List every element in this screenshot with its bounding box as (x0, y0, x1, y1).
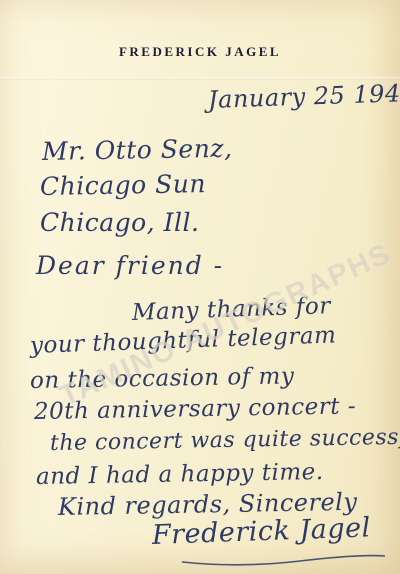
salutation-line: Dear friend - (36, 251, 224, 280)
body-line-4: 20th anniversary concert - (34, 393, 357, 425)
fold-crease (0, 77, 400, 80)
recipient-line-org: Chicago Sun (40, 169, 206, 201)
recipient-line-city: Chicago, Ill. (40, 208, 199, 237)
signature-flourish-icon (180, 548, 390, 570)
body-line-6: and I had a happy time. (36, 459, 324, 490)
date-line: January 25 1948. (208, 78, 400, 114)
body-line-1: Many thanks for (132, 293, 332, 326)
letter-paper: FREDERICK JAGEL January 25 1948. Mr. Ott… (0, 0, 400, 574)
recipient-line-name: Mr. Otto Senz, (42, 134, 233, 166)
body-line-5: the concert was quite successful (50, 424, 400, 456)
body-line-3: on the occasion of my (30, 363, 295, 394)
body-line-2: your thoughtful telegram (30, 322, 337, 359)
signature: Frederick Jagel (151, 512, 371, 551)
letterhead-name: FREDERICK JAGEL (0, 44, 400, 60)
